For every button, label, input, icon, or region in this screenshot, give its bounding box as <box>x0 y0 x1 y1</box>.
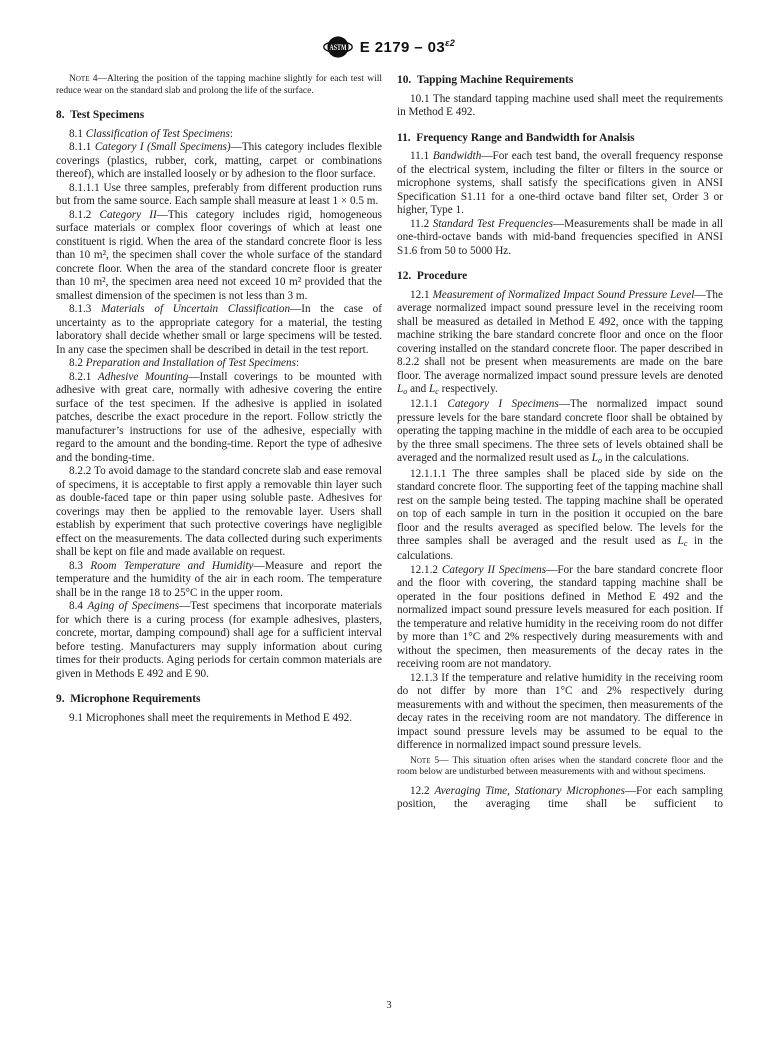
paragraph: 8.3 Room Temperature and Humidity—Measur… <box>56 560 382 601</box>
text-run: Category I Specimens <box>447 398 558 410</box>
text-run: Category II Specimens <box>442 564 546 576</box>
section-heading: 9. Microphone Requirements <box>56 693 382 707</box>
text-run: —For the bare standard concrete floor an… <box>397 564 723 671</box>
text-run: 8.1.1.1 Use three samples, preferably fr… <box>56 182 382 208</box>
text-run: 10. Tapping Machine Requirements <box>397 74 573 86</box>
text-run: Aging of Specimens <box>87 600 179 612</box>
text-run: Preparation and Installation of Test Spe… <box>86 357 296 369</box>
section-heading: 10. Tapping Machine Requirements <box>397 74 723 88</box>
paragraph: 8.1.3 Materials of Uncertain Classificat… <box>56 303 382 357</box>
text-run: Category II <box>99 209 156 221</box>
section-heading: 11. Frequency Range and Bandwidth for An… <box>397 132 723 146</box>
text-run: 8.1.3 <box>69 303 101 315</box>
text-run: Note <box>410 756 430 766</box>
text-run: and <box>407 383 429 395</box>
paragraph: 12.1.1.1 The three samples shall be plac… <box>397 468 723 564</box>
note-paragraph: Note 4—Altering the position of the tapp… <box>56 74 382 97</box>
paragraph: 12.1.3 If the temperature and relative h… <box>397 672 723 753</box>
text-run: —The average normalized impact sound pre… <box>397 289 723 382</box>
text-run: Classification of Test Specimens <box>86 128 230 140</box>
text-run: 12.1.1.1 The three samples shall be plac… <box>397 468 723 548</box>
section-heading: 12. Procedure <box>397 270 723 284</box>
page-header: ASTM E 2179 – 03ε2 <box>0 34 778 60</box>
text-run: Standard Test Frequencies <box>433 218 553 230</box>
paragraph: 8.4 Aging of Specimens—Test specimens th… <box>56 600 382 681</box>
paragraph: 9.1 Microphones shall meet the requireme… <box>56 712 382 726</box>
text-run: 4—Altering the position of the tapping m… <box>56 74 382 96</box>
text-run: 8.2.2 To avoid damage to the standard co… <box>56 465 382 558</box>
text-run: Room Temperature and Humidity <box>90 560 253 572</box>
svg-text:ASTM: ASTM <box>329 43 346 52</box>
designation-text: E 2179 – 03 <box>360 39 445 56</box>
text-run: 11. Frequency Range and Bandwidth for An… <box>397 132 635 144</box>
document-designation: E 2179 – 03ε2 <box>360 38 455 56</box>
right-column: 10. Tapping Machine Requirements10.1 The… <box>397 74 723 812</box>
text-run: 9. Microphone Requirements <box>56 693 201 705</box>
text-run: 12.1.1 <box>410 398 447 410</box>
text-run: in the calculations. <box>602 452 689 464</box>
text-run: Adhesive Mounting <box>98 371 188 383</box>
text-run: 11.1 <box>410 150 433 162</box>
paragraph: 11.2 Standard Test Frequencies—Measureme… <box>397 218 723 259</box>
note-paragraph: Note 5— This situation often arises when… <box>397 756 723 779</box>
text-run: 8.1.2 <box>69 209 99 221</box>
paragraph: 8.2 Preparation and Installation of Test… <box>56 357 382 371</box>
text-run: Note <box>69 74 89 84</box>
text-run: 10.1 The standard tapping machine used s… <box>397 93 723 119</box>
paragraph: 12.2 Averaging Time, Stationary Micropho… <box>397 785 723 812</box>
text-run: : <box>230 128 233 140</box>
paragraph: 8.1.1 Category I (Small Specimens)—This … <box>56 141 382 182</box>
text-run: 8.3 <box>69 560 90 572</box>
text-run: Measurement of Normalized Impact Sound P… <box>433 289 695 301</box>
text-run: Bandwidth <box>433 150 481 162</box>
text-run: —This category includes rigid, homogeneo… <box>56 209 382 302</box>
paragraph: 8.1.2 Category II—This category includes… <box>56 209 382 304</box>
text-run: Category I (Small Specimens) <box>95 141 231 153</box>
text-run: 8.4 <box>69 600 87 612</box>
paragraph: 8.2.1 Adhesive Mounting—Install covering… <box>56 371 382 466</box>
text-run: Averaging Time, Stationary Microphones <box>434 785 624 797</box>
text-run: 12. Procedure <box>397 270 467 282</box>
section-heading: 8. Test Specimens <box>56 109 382 123</box>
paragraph: 8.1 Classification of Test Specimens: <box>56 128 382 142</box>
text-run: 8.2 <box>69 357 86 369</box>
text-run: : <box>296 357 299 369</box>
text-run: respectively. <box>439 383 498 395</box>
designation-superscript: ε2 <box>445 38 455 48</box>
paragraph: 12.1.2 Category II Specimens—For the bar… <box>397 564 723 672</box>
text-run: 12.1.2 <box>410 564 442 576</box>
text-run: 12.1.3 If the temperature and relative h… <box>397 672 723 752</box>
text-run: 8.2.1 <box>69 371 98 383</box>
text-run: —Install coverings to be mounted with ad… <box>56 371 382 464</box>
left-column: Note 4—Altering the position of the tapp… <box>56 74 382 812</box>
paragraph: 8.2.2 To avoid damage to the standard co… <box>56 465 382 560</box>
text-run: 12.2 <box>410 785 434 797</box>
paragraph: 12.1 Measurement of Normalized Impact So… <box>397 289 723 399</box>
text-run: 8.1.1 <box>69 141 95 153</box>
paragraph: 8.1.1.1 Use three samples, preferably fr… <box>56 182 382 209</box>
text-run: Materials of Uncertain Classification <box>101 303 290 315</box>
text-run: 5— This situation often arises when the … <box>397 756 723 778</box>
document-body: Note 4—Altering the position of the tapp… <box>56 74 723 812</box>
page-number: 3 <box>0 1000 778 1011</box>
paragraph: 11.1 Bandwidth—For each test band, the o… <box>397 150 723 218</box>
astm-logo-icon: ASTM <box>323 34 353 60</box>
paragraph: 12.1.1 Category I Specimens—The normaliz… <box>397 398 723 467</box>
text-run: 8. Test Specimens <box>56 109 144 121</box>
text-run: 12.1 <box>410 289 433 301</box>
paragraph: 10.1 The standard tapping machine used s… <box>397 93 723 120</box>
text-run: 11.2 <box>410 218 433 230</box>
text-run: 9.1 Microphones shall meet the requireme… <box>69 712 352 724</box>
text-run: 8.1 <box>69 128 86 140</box>
